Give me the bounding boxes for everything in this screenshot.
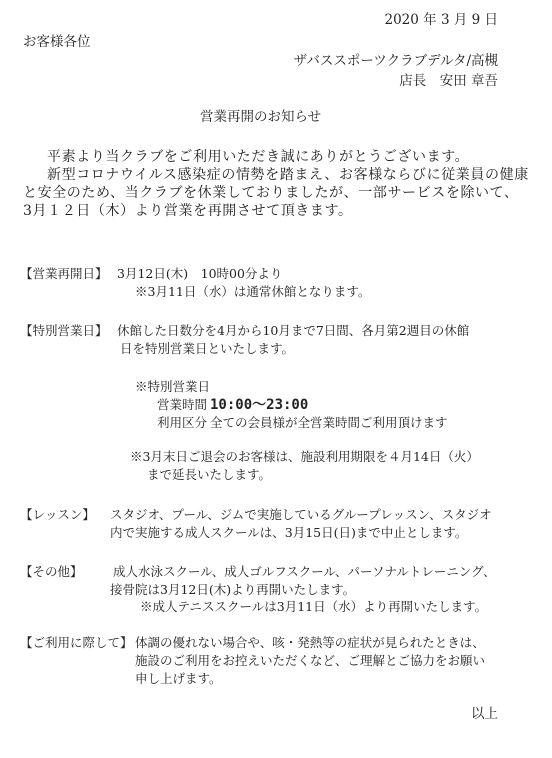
document-title: 営業再開のお知らせ: [200, 108, 321, 126]
document-date: 2020 年 3 月 9 日: [385, 11, 499, 29]
organization-name: ザバススポーツクラブデルタ/高槻: [294, 52, 498, 70]
withdrawal-note: ※3月末日ご退会のお客様は、施設利用期限を４月14日（火）: [130, 448, 479, 466]
reopen-note: ※3月11日（水）は通常休館となります。: [135, 283, 370, 301]
special-detail-header: ※特別営業日: [135, 378, 210, 396]
usage-class-value: 全ての会員様が全営業時間ご利用頂けます: [210, 414, 448, 432]
usage-text: 体調の優れない場合や、咳・発熱等の症状が見られたときは、: [135, 634, 485, 652]
intro-line: 3月１２日（木）より営業を再開させて頂きます。: [23, 202, 353, 220]
hours-value: 10:00～23:00: [210, 396, 308, 414]
other-text: 成人水泳スクール、成人ゴルフスクール、パーソナルトレーニング、: [113, 563, 496, 581]
section-label-lesson: 【レッスン】: [20, 506, 95, 524]
section-label-other: 【その他】: [20, 563, 83, 581]
intro-line: 平素より当クラブをご利用いただき誠にありがとうございます。: [47, 148, 469, 166]
special-text: 日を特別営業日といたします。: [120, 340, 294, 358]
signatory: 店長 安田 章吾: [399, 72, 498, 90]
intro-line: 新型コロナウイルス感染症の情勢を踏まえ、お客様ならびに従業員の健康: [47, 166, 529, 184]
section-label-reopen: 【営業再開日】: [20, 265, 108, 283]
lesson-text: スタジオ、プール、ジムで実施しているグループレッスン、スタジオ: [110, 506, 492, 524]
usage-class-label: 利用区分: [157, 414, 207, 432]
hours-label: 営業時間: [157, 396, 207, 414]
usage-text: 施設のご利用をお控えいただくなど、ご理解とご協力をお願い: [135, 652, 485, 670]
section-label-usage: 【ご利用に際して】: [20, 634, 133, 652]
tennis-note: ※成人テニススクールは3月11日（水）より再開いたします。: [140, 598, 487, 616]
other-text: 接骨院は3月12日(木)より再開いたします。: [110, 581, 355, 599]
closing: 以上: [471, 705, 498, 723]
lesson-text: 内で実施する成人スクールは、3月15日(日)まで中止とします。: [110, 524, 467, 542]
intro-line: と安全のため、当クラブを休業しておりましたが、一部サービスを除いて、: [23, 184, 519, 202]
reopen-date: 3月12日(木) 10時00分より: [117, 265, 282, 283]
special-text: 休館した日数分を4月から10月まで7日間、各月第2週目の休館: [117, 322, 469, 340]
section-label-special: 【特別営業日】: [20, 322, 108, 340]
usage-text: 申し上げます。: [135, 670, 222, 688]
withdrawal-note: まで延長いたします。: [147, 466, 271, 484]
addressee: お客様各位: [23, 33, 91, 51]
